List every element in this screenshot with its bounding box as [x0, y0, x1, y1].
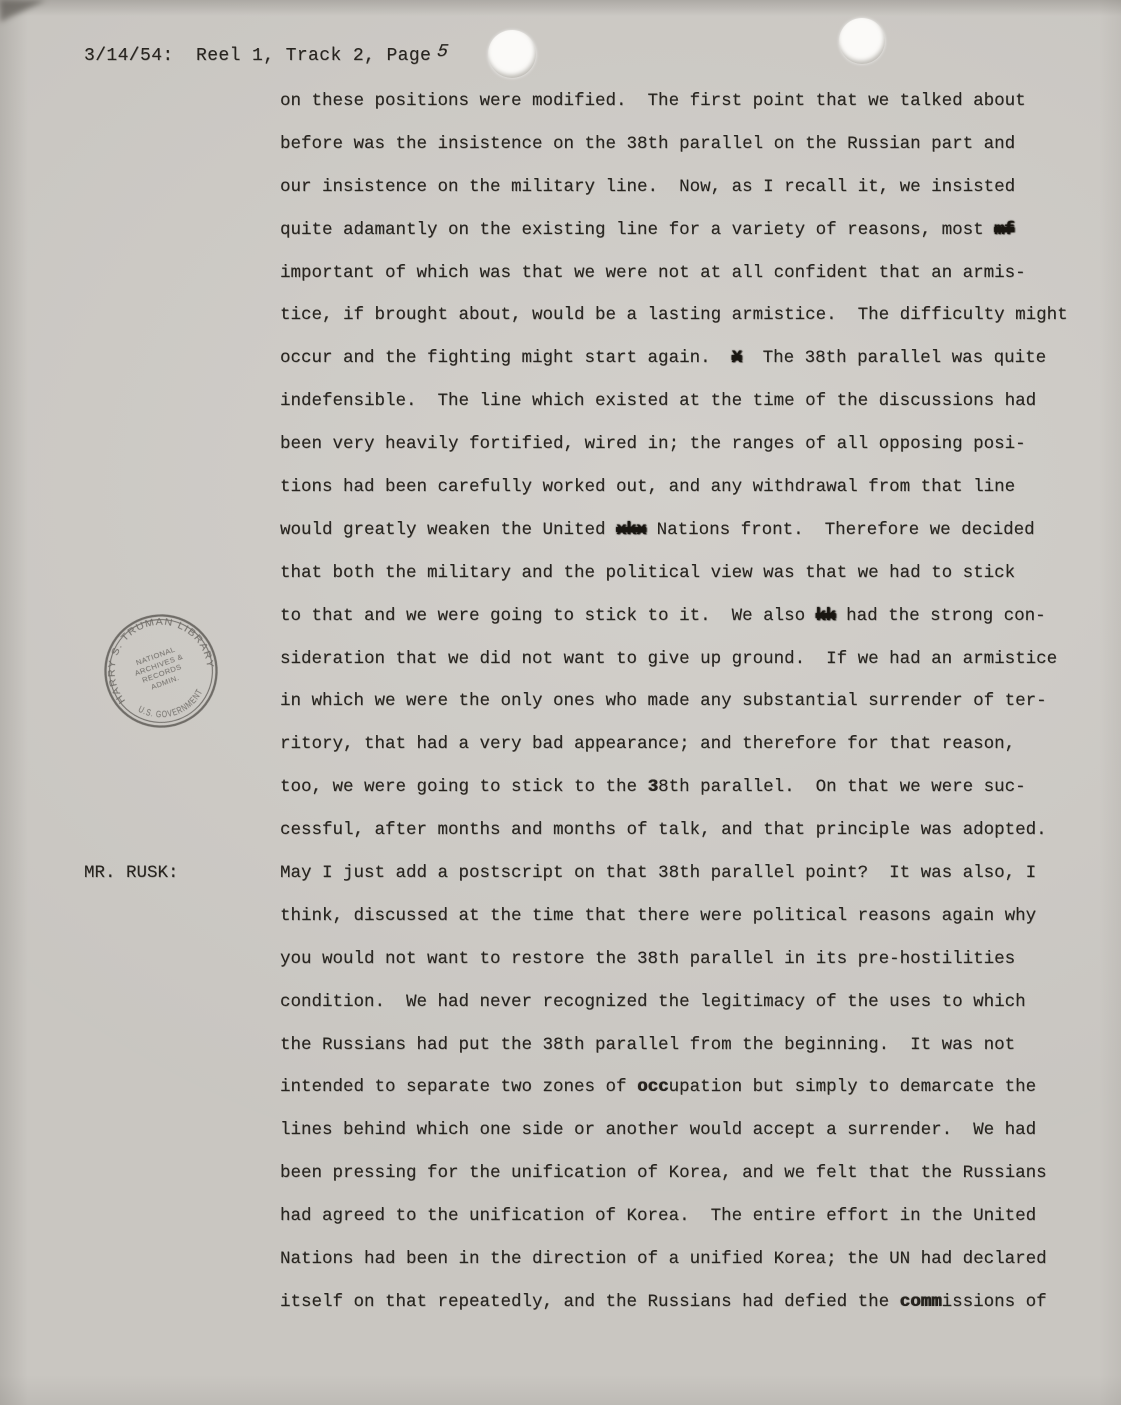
- overstrike-text: X: [732, 348, 742, 368]
- transcript-line: indefensible. The line which existed at …: [280, 380, 1095, 423]
- text-run: important of which was that we were not …: [280, 263, 1026, 283]
- text-run: The 38th parallel was quite: [742, 348, 1047, 368]
- transcript-line: tice, if brought about, would be a lasti…: [280, 294, 1095, 337]
- document-page: 3/14/54: Reel 1, Track 2, Page5 MR. RUSK…: [0, 0, 1121, 1405]
- overstrike-text: comm: [900, 1292, 942, 1312]
- text-run: our insistence on the military line. Now…: [280, 177, 1015, 197]
- text-run: occur and the fighting might start again…: [280, 348, 732, 368]
- text-run: issions of: [942, 1292, 1047, 1312]
- text-run: too, we were going to stick to the: [280, 777, 648, 797]
- document-header: 3/14/54: Reel 1, Track 2, Page5: [84, 46, 448, 66]
- text-run: the Russians had put the 38th parallel f…: [280, 1035, 1015, 1055]
- stamp-arc-bottom-text: U.S. GOVERNMENT: [134, 682, 209, 729]
- transcript-line: the Russians had put the 38th parallel f…: [280, 1024, 1095, 1067]
- text-run: think, discussed at the time that there …: [280, 906, 1036, 926]
- transcript-line: May I just add a postscript on that 38th…: [280, 852, 1095, 895]
- overstrike-text: occ: [637, 1077, 669, 1097]
- transcript-line: condition. We had never recognized the l…: [280, 981, 1095, 1024]
- page-number: 5: [436, 42, 450, 62]
- transcript-line: been very heavily fortified, wired in; t…: [280, 423, 1095, 466]
- transcript-body: on these positions were modified. The fi…: [280, 80, 1095, 1324]
- transcript-line: been pressing for the unification of Kor…: [280, 1152, 1095, 1195]
- transcript-line: occur and the fighting might start again…: [280, 337, 1095, 380]
- text-run: tice, if brought about, would be a lasti…: [280, 305, 1068, 325]
- text-run: on these positions were modified. The fi…: [280, 91, 1026, 111]
- transcript-line: on these positions were modified. The fi…: [280, 80, 1095, 123]
- archive-stamp: HARRY S. TRUMAN LIBRARY U.S. GOVERNMENT …: [69, 579, 254, 764]
- transcript-line: think, discussed at the time that there …: [280, 895, 1095, 938]
- transcript-line: itself on that repeatedly, and the Russi…: [280, 1281, 1095, 1324]
- transcript-line: that both the military and the political…: [280, 552, 1095, 595]
- text-run: Nations front. Therefore we decided: [646, 520, 1035, 540]
- transcript-line: quite adamantly on the existing line for…: [280, 209, 1095, 252]
- text-run: sideration that we did not want to give …: [280, 649, 1057, 669]
- transcript-line: our insistence on the military line. Now…: [280, 166, 1095, 209]
- text-run: had agreed to the unification of Korea. …: [280, 1206, 1036, 1226]
- text-run: Nations had been in the direction of a u…: [280, 1249, 1047, 1269]
- transcript-line: ritory, that had a very bad appearance; …: [280, 723, 1095, 766]
- transcript-line: important of which was that we were not …: [280, 252, 1095, 295]
- text-run: intended to separate two zones of: [280, 1077, 637, 1097]
- header-label: 3/14/54: Reel 1, Track 2, Page: [84, 46, 431, 66]
- transcript-line: before was the insistence on the 38th pa…: [280, 123, 1095, 166]
- text-run: upation but simply to demarcate the: [669, 1077, 1037, 1097]
- text-run: May I just add a postscript on that 38th…: [280, 863, 1036, 883]
- transcript-line: you would not want to restore the 38th p…: [280, 938, 1095, 981]
- text-run: lines behind which one side or another w…: [280, 1120, 1036, 1140]
- text-run: cessful, after months and months of talk…: [280, 820, 1047, 840]
- text-run: quite adamantly on the existing line for…: [280, 220, 994, 240]
- text-run: 8th parallel. On that we were suc-: [658, 777, 1026, 797]
- text-run: had the strong con-: [836, 606, 1046, 626]
- text-run: indefensible. The line which existed at …: [280, 391, 1036, 411]
- transcript-line: sideration that we did not want to give …: [280, 638, 1095, 681]
- punch-hole-left: [488, 30, 536, 78]
- text-run: been pressing for the unification of Kor…: [280, 1163, 1047, 1183]
- page-corner-shadow: [0, 0, 46, 22]
- text-run: condition. We had never recognized the l…: [280, 992, 1026, 1012]
- transcript-line: intended to separate two zones of occupa…: [280, 1066, 1095, 1109]
- transcript-line: lines behind which one side or another w…: [280, 1109, 1095, 1152]
- transcript-line: tions had been carefully worked out, and…: [280, 466, 1095, 509]
- punch-hole-right: [839, 18, 885, 64]
- text-run: ritory, that had a very bad appearance; …: [280, 734, 1015, 754]
- transcript-line: would greatly weaken the United xkx Nati…: [280, 509, 1095, 552]
- transcript-line: Nations had been in the direction of a u…: [280, 1238, 1095, 1281]
- text-run: itself on that repeatedly, and the Russi…: [280, 1292, 900, 1312]
- text-run: in which we were the only ones who made …: [280, 691, 1047, 711]
- text-run: that both the military and the political…: [280, 563, 1015, 583]
- overstrike-text: 3: [648, 777, 659, 797]
- transcript-line: cessful, after months and months of talk…: [280, 809, 1095, 852]
- overstrike-text: kk: [816, 606, 836, 626]
- overstrike-text: xkx: [616, 520, 646, 540]
- text-run: to that and we were going to stick to it…: [280, 606, 816, 626]
- transcript-line: in which we were the only ones who made …: [280, 680, 1095, 723]
- overstrike-text: mf: [994, 220, 1014, 240]
- text-run: been very heavily fortified, wired in; t…: [280, 434, 1026, 454]
- stamp-arc-bottom: U.S. GOVERNMENT: [134, 682, 209, 729]
- transcript-line: had agreed to the unification of Korea. …: [280, 1195, 1095, 1238]
- text-run: before was the insistence on the 38th pa…: [280, 134, 1015, 154]
- transcript-line: too, we were going to stick to the 38th …: [280, 766, 1095, 809]
- transcript-line: to that and we were going to stick to it…: [280, 595, 1095, 638]
- speaker-label: MR. RUSK:: [84, 852, 179, 895]
- text-run: would greatly weaken the United: [280, 520, 616, 540]
- text-run: tions had been carefully worked out, and…: [280, 477, 1015, 497]
- text-run: you would not want to restore the 38th p…: [280, 949, 1015, 969]
